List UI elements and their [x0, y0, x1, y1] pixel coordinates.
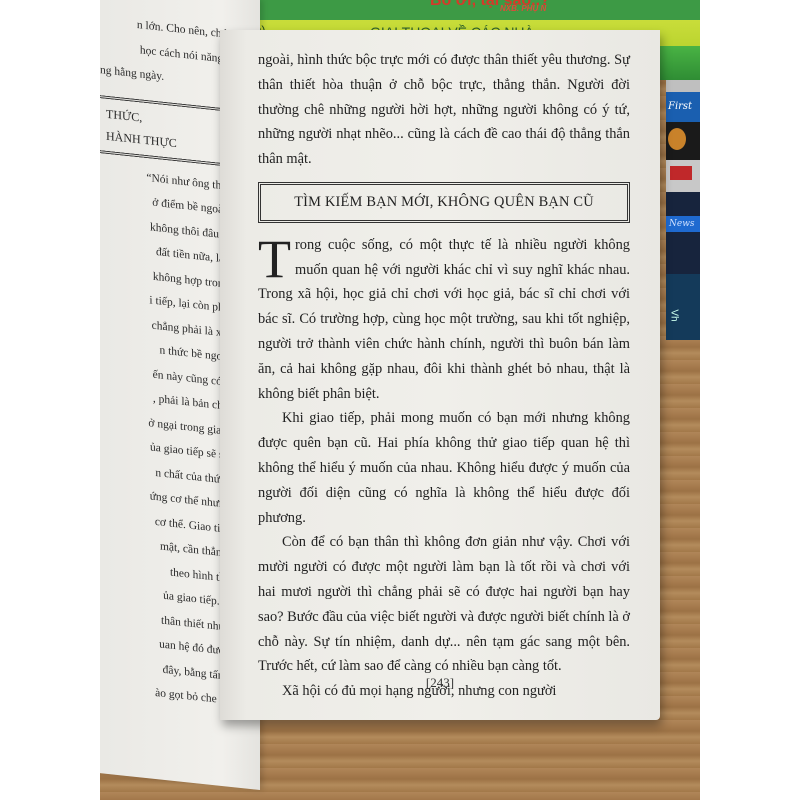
- dropcap-letter: T: [258, 237, 291, 281]
- book-logo-icon: [670, 166, 692, 180]
- section-title: TÌM KIẾM BẠN MỚI, KHÔNG QUÊN BẠN CŨ: [294, 194, 594, 210]
- side-book: [666, 122, 700, 160]
- book-photo: Bố ơi, tại sao..? NXB. PHỤ N INH (Biên s…: [100, 0, 700, 800]
- side-book-news: News: [666, 192, 700, 274]
- side-book: [666, 80, 700, 92]
- intro-paragraph: ngoài, hình thức bộc trực mới có được th…: [258, 48, 630, 172]
- top-book-publisher: NXB. PHỤ N: [500, 4, 546, 13]
- paragraph-1: Trong cuộc sống, có một thực tế là nhiều…: [258, 233, 630, 407]
- right-page: ngoài, hình thức bộc trực mới có được th…: [220, 30, 660, 720]
- paragraph-2: Khi giao tiếp, phải mong muốn có bạn mới…: [258, 406, 630, 530]
- paragraph-3: Còn để có bạn thân thì không đơn giản nh…: [258, 530, 630, 679]
- book-logo-icon: [668, 128, 686, 150]
- side-book-vh: Vh: [666, 274, 700, 340]
- side-book-stack: First N News Vh: [666, 80, 700, 340]
- right-page-content: ngoài, hình thức bộc trực mới có được th…: [258, 48, 630, 704]
- page-number: [243]: [220, 675, 660, 691]
- side-book: [666, 160, 700, 192]
- side-book-first: First N: [666, 92, 700, 122]
- section-title-box: TÌM KIẾM BẠN MỚI, KHÔNG QUÊN BẠN CŨ: [258, 182, 630, 223]
